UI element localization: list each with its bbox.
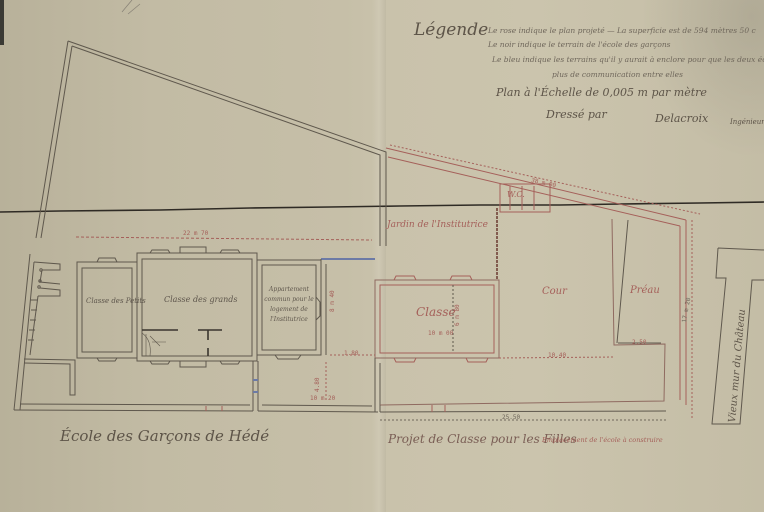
legend-line-3: Le bleu indique les terrains qu'il y aur… [492,55,764,64]
dim-vertical-left: 8 m 40 [329,290,336,312]
signature: Delacroix [655,112,708,125]
dim-preau: 2.50 [632,339,646,346]
room-teacher-apartment: Appartement commun pour le logement de l… [262,285,316,325]
room-classe-petits: Classe des Petits [86,297,146,305]
signature-title: Ingénieur [730,118,764,126]
legend-line-2: Le noir indique le terrain de l'école de… [488,40,671,49]
caption-right-sub: Emplacement de l'école à construire [542,436,663,444]
dim-class-width: 10 m 00 [428,330,453,337]
dim-class-depth: 6 m 80 [454,304,461,326]
dim-court-width: 10.40 [548,352,566,359]
scale-note: Plan à l'Échelle de 0,005 m par mètre [496,86,707,99]
room-wc: W.C. [507,190,525,199]
room-preau: Préau [630,285,660,296]
legend-title: Légende [414,20,488,40]
drawn-by: Dressé par [546,108,607,121]
dim-top-left: 22 m 70 [183,230,208,237]
dim-vertical-mid: 4.80 [314,378,321,392]
caption-left: École des Garçons de Hédé [60,427,269,445]
room-cour: Cour [542,286,567,297]
dim-bottom-mid: 10 m 20 [310,395,335,402]
room-classe: Classe [416,305,456,319]
room-classe-grands: Classe des grands [164,295,238,304]
legend-line-4: plus de communication entre elles [552,70,683,79]
room-garden: Jardin de l'Institutrice [387,220,488,230]
dim-small-gap: 1.80 [344,350,358,357]
legend-line-1: Le rose indique le plan projeté — La sup… [488,26,756,35]
dim-bottom-width: 25.50 [502,414,520,421]
